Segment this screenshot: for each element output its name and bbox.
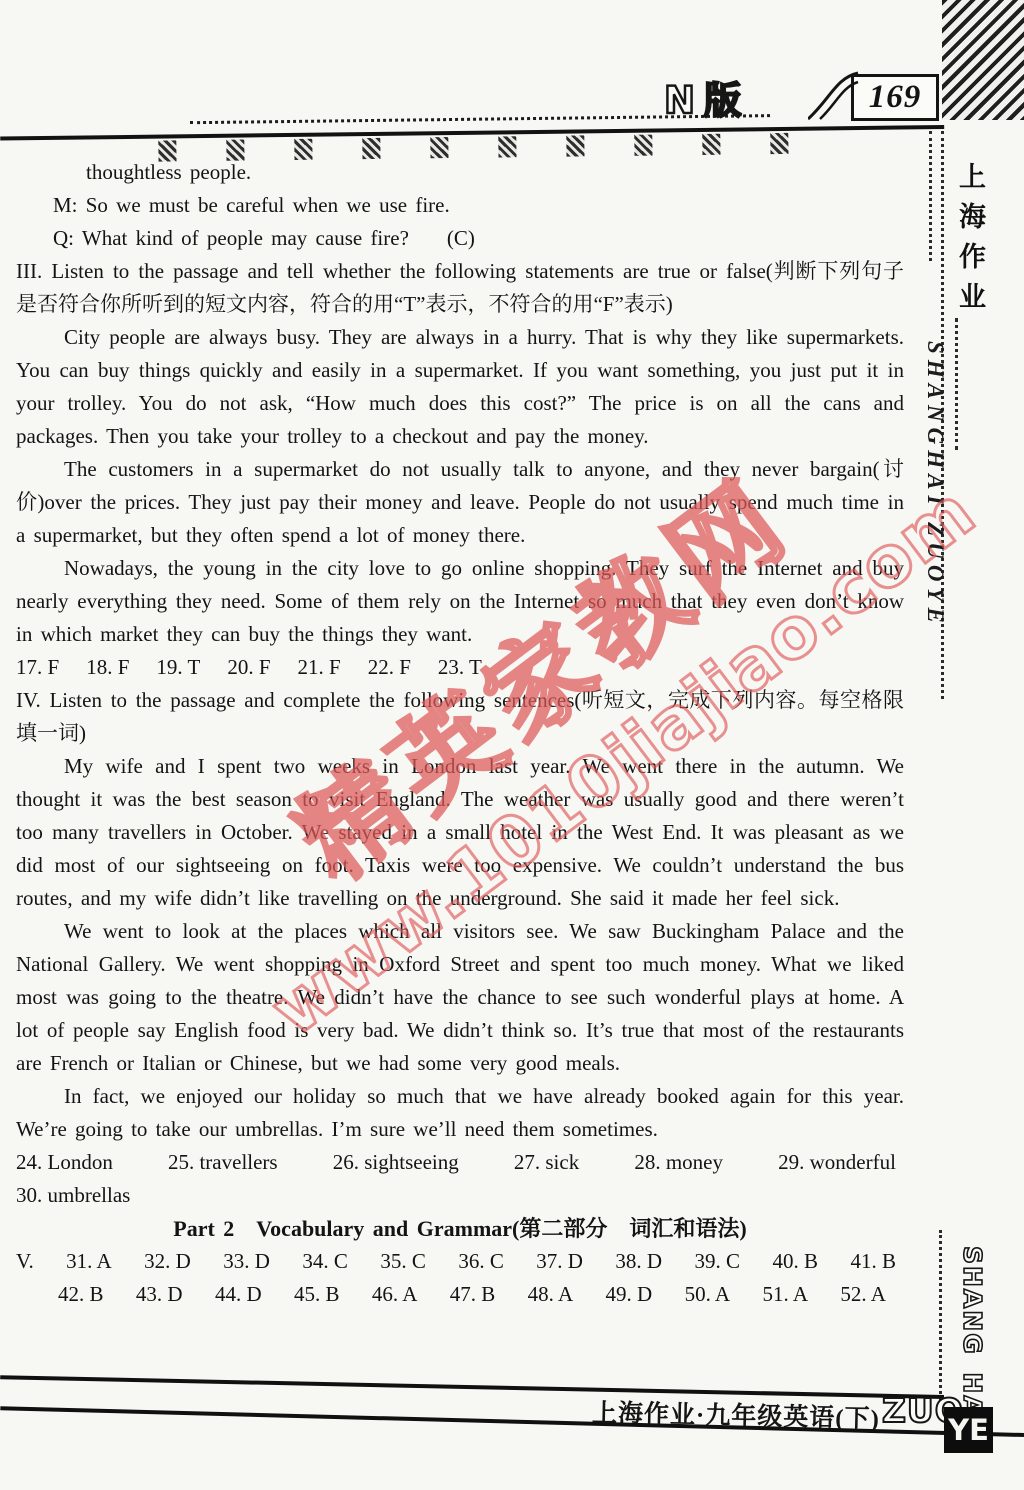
section-label: V. — [16, 1245, 34, 1278]
page: N版 169 上海作业 SHANGHAI ZUOYE SHANG HAI tho… — [0, 0, 1024, 1490]
footer-rule-top — [0, 1375, 944, 1398]
answer-item: 33. D — [223, 1245, 270, 1278]
answer-item: 50. A — [685, 1278, 731, 1311]
section4-answers-row2: 30. umbrellas — [16, 1179, 904, 1212]
section3-answers: 17. F 18. F 19. T 20. F 21. F 22. F 23. … — [16, 651, 904, 684]
section4-paragraph-2: We went to look at the places which all … — [16, 915, 904, 1080]
section3-heading: III. Listen to the passage and tell whet… — [16, 255, 904, 321]
part2-answers-row2: 42. B 43. D 44. D 45. B 46. A 47. B 48. … — [16, 1278, 904, 1311]
dialog-answer: (C) — [447, 226, 475, 250]
answer-item: 22. F — [368, 651, 411, 684]
answer-item: 19. T — [156, 651, 200, 684]
answer-item: 47. B — [450, 1278, 496, 1311]
answer-item: 43. D — [136, 1278, 183, 1311]
answer-item: 52. A — [840, 1278, 886, 1311]
page-footer: 上海作业·九年级英语(下) ZUO YE — [0, 1385, 1024, 1485]
filmstrip-mark — [498, 136, 516, 157]
answer-item: 26. sightseeing — [333, 1146, 459, 1179]
main-content: thoughtless people. M: So we must be car… — [16, 156, 904, 1311]
answer-item: 36. C — [458, 1245, 504, 1278]
answer-item: 44. D — [215, 1278, 262, 1311]
part2-heading: Part 2 Vocabulary and Grammar(第二部分 词汇和语法… — [16, 1212, 904, 1245]
answer-item: 28. money — [634, 1146, 723, 1179]
answer-item: 17. F — [16, 651, 59, 684]
answer-item: 38. D — [615, 1245, 662, 1278]
answer-item: 32. D — [144, 1245, 191, 1278]
answer-item: 21. F — [298, 651, 341, 684]
answer-item: 31. A — [66, 1245, 112, 1278]
answer-item: 40. B — [773, 1245, 819, 1278]
answer-item: 34. C — [302, 1245, 348, 1278]
filmstrip-mark — [770, 133, 788, 154]
sidebar-title-en: SHANGHAI ZUOYE — [922, 341, 948, 629]
section4-paragraph-1: My wife and I spent two weeks in London … — [16, 750, 904, 915]
dialog-question: Q: What kind of people may cause fire? — [53, 226, 409, 250]
answer-item: 25. travellers — [168, 1146, 278, 1179]
answer-item: 46. A — [372, 1278, 418, 1311]
section4-answers-row1: 24. London 25. travellers 26. sightseein… — [16, 1146, 904, 1179]
section4-heading: IV. Listen to the passage and complete t… — [16, 684, 904, 750]
footer-book-title: 上海作业·九年级英语(下) — [592, 1393, 881, 1435]
answer-item: 35. C — [380, 1245, 426, 1278]
answer-item: 37. D — [536, 1245, 583, 1278]
answer-item: 23. T — [438, 651, 482, 684]
answer-item: 29. wonderful — [778, 1146, 896, 1179]
filmstrip-mark — [702, 134, 720, 155]
sidebar-title-cn: 上海作业 — [951, 162, 990, 322]
answer-item: 24. London — [16, 1146, 113, 1179]
filmstrip-mark — [634, 135, 652, 156]
page-number: 169 — [869, 79, 922, 116]
answer-item: 49. D — [606, 1278, 653, 1311]
sidebar-dotted-line — [929, 131, 932, 261]
answer-item: 45. B — [294, 1278, 340, 1311]
continuation-line: thoughtless people. — [16, 156, 904, 189]
answer-item: 42. B — [58, 1278, 104, 1311]
corner-decoration — [942, 0, 1024, 120]
answer-item: 30. umbrellas — [16, 1179, 130, 1212]
section3-paragraph-2: The customers in a supermarket do not us… — [16, 453, 904, 552]
section3-paragraph-3: Nowadays, the young in the city love to … — [16, 552, 904, 651]
sidebar-dotted-line — [939, 1230, 942, 1406]
footer-logo-ye: YE — [944, 1407, 993, 1453]
edition-badge: N版 — [664, 70, 750, 124]
page-curl-icon — [808, 71, 860, 121]
answer-item: 27. sick — [514, 1146, 579, 1179]
sidebar-dotted-line — [955, 318, 958, 450]
section3-paragraph-1: City people are always busy. They are al… — [16, 321, 904, 453]
answer-item: 18. F — [86, 651, 129, 684]
part2-answers-row1: V. 31. A 32. D 33. D 34. C 35. C 36. C 3… — [16, 1245, 904, 1278]
answer-item: 39. C — [695, 1245, 741, 1278]
answer-item: 41. B — [850, 1245, 896, 1278]
dialog-line-q: Q: What kind of people may cause fire?(C… — [16, 222, 904, 255]
answer-item: 48. A — [528, 1278, 574, 1311]
answer-item: 20. F — [227, 651, 270, 684]
page-number-tab: 169 — [851, 74, 939, 121]
answer-item: 51. A — [762, 1278, 808, 1311]
dialog-line-m: M: So we must be careful when we use fir… — [16, 189, 904, 222]
section4-paragraph-3: In fact, we enjoyed our holiday so much … — [16, 1080, 904, 1146]
filmstrip-mark — [566, 135, 584, 156]
